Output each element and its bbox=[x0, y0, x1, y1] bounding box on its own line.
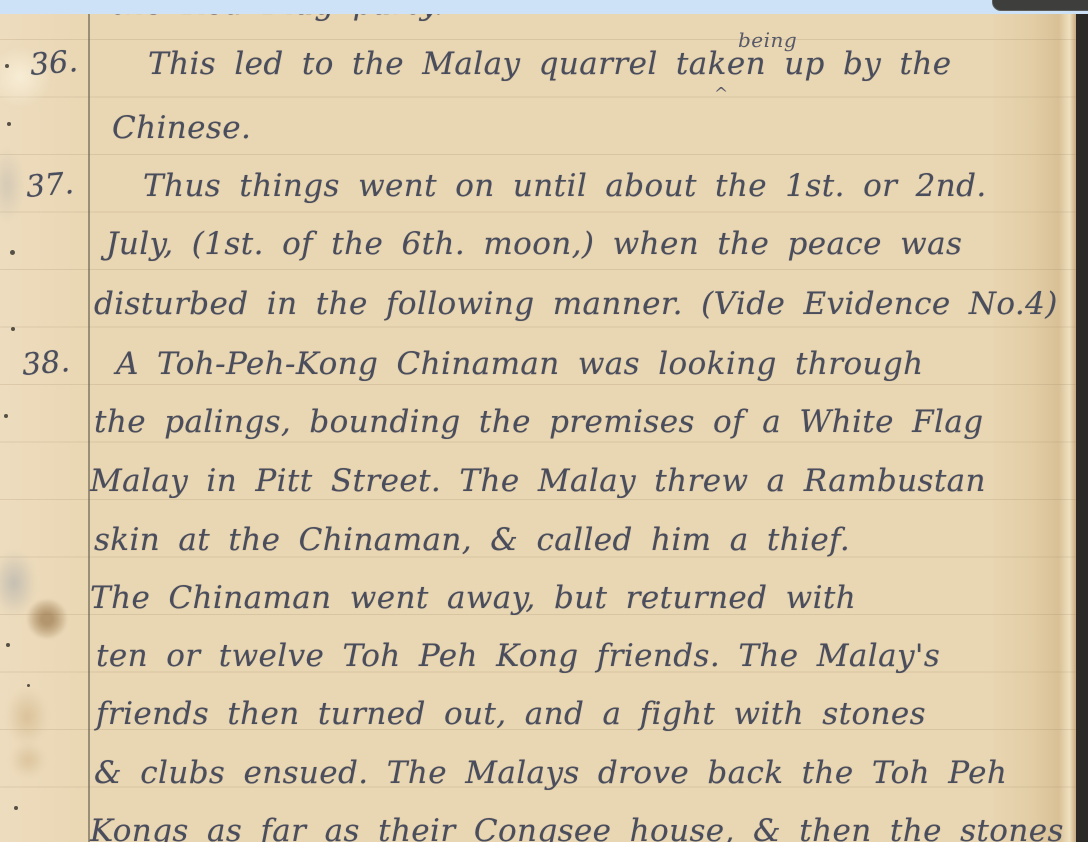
selection-highlight-bar bbox=[0, 0, 1088, 14]
paragraph-number: 36. bbox=[29, 44, 80, 83]
document-viewer: the Red Flag party. 36. being ^ This led… bbox=[0, 0, 1088, 842]
handwritten-line: A Toh-Peh-Kong Chinaman was looking thro… bbox=[116, 346, 924, 382]
manuscript-page: the Red Flag party. 36. being ^ This led… bbox=[0, 0, 1076, 842]
top-right-dark-widget[interactable] bbox=[992, 0, 1088, 11]
paper-speck bbox=[4, 414, 8, 418]
paper-speck bbox=[7, 122, 11, 126]
paper-speck bbox=[10, 250, 15, 255]
caret-mark: ^ bbox=[714, 84, 728, 104]
handwritten-line: Chinese. bbox=[112, 110, 251, 146]
ink-stain bbox=[26, 599, 68, 639]
paper-speck bbox=[5, 64, 9, 68]
handwritten-line: skin at the Chinaman, & called him a thi… bbox=[94, 522, 850, 558]
handwritten-line: July, (1st. of the 6th. moon,) when the … bbox=[106, 226, 962, 262]
paper-speck bbox=[6, 643, 10, 647]
handwritten-line: the palings, bounding the premises of a … bbox=[94, 404, 984, 440]
paper-stain bbox=[10, 742, 46, 778]
margin-rule-line bbox=[88, 0, 90, 842]
paper-speck bbox=[27, 684, 30, 687]
handwritten-line: disturbed in the following manner. (Vide… bbox=[94, 286, 1058, 322]
handwritten-line: & clubs ensued. The Malays drove back th… bbox=[94, 755, 1007, 791]
paragraph-number: 38. bbox=[21, 344, 72, 383]
paper-stain bbox=[6, 688, 48, 746]
handwritten-line: friends then turned out, and a fight wit… bbox=[96, 696, 926, 732]
paragraph-number: 37. bbox=[25, 166, 76, 205]
paper-speck bbox=[14, 806, 18, 810]
handwritten-line: Malay in Pitt Street. The Malay threw a … bbox=[90, 463, 986, 499]
paper-speck bbox=[11, 327, 15, 331]
handwritten-line: This led to the Malay quarrel taken up b… bbox=[148, 46, 951, 82]
handwritten-line: Thus things went on until about the 1st.… bbox=[143, 168, 987, 204]
handwritten-line: The Chinaman went away, but returned wit… bbox=[90, 580, 856, 616]
scan-background-strip bbox=[1076, 0, 1088, 842]
handwritten-line: ten or twelve Toh Peh Kong friends. The … bbox=[96, 638, 940, 674]
handwritten-line: Kongs as far as their Congsee house, & t… bbox=[90, 813, 1064, 842]
